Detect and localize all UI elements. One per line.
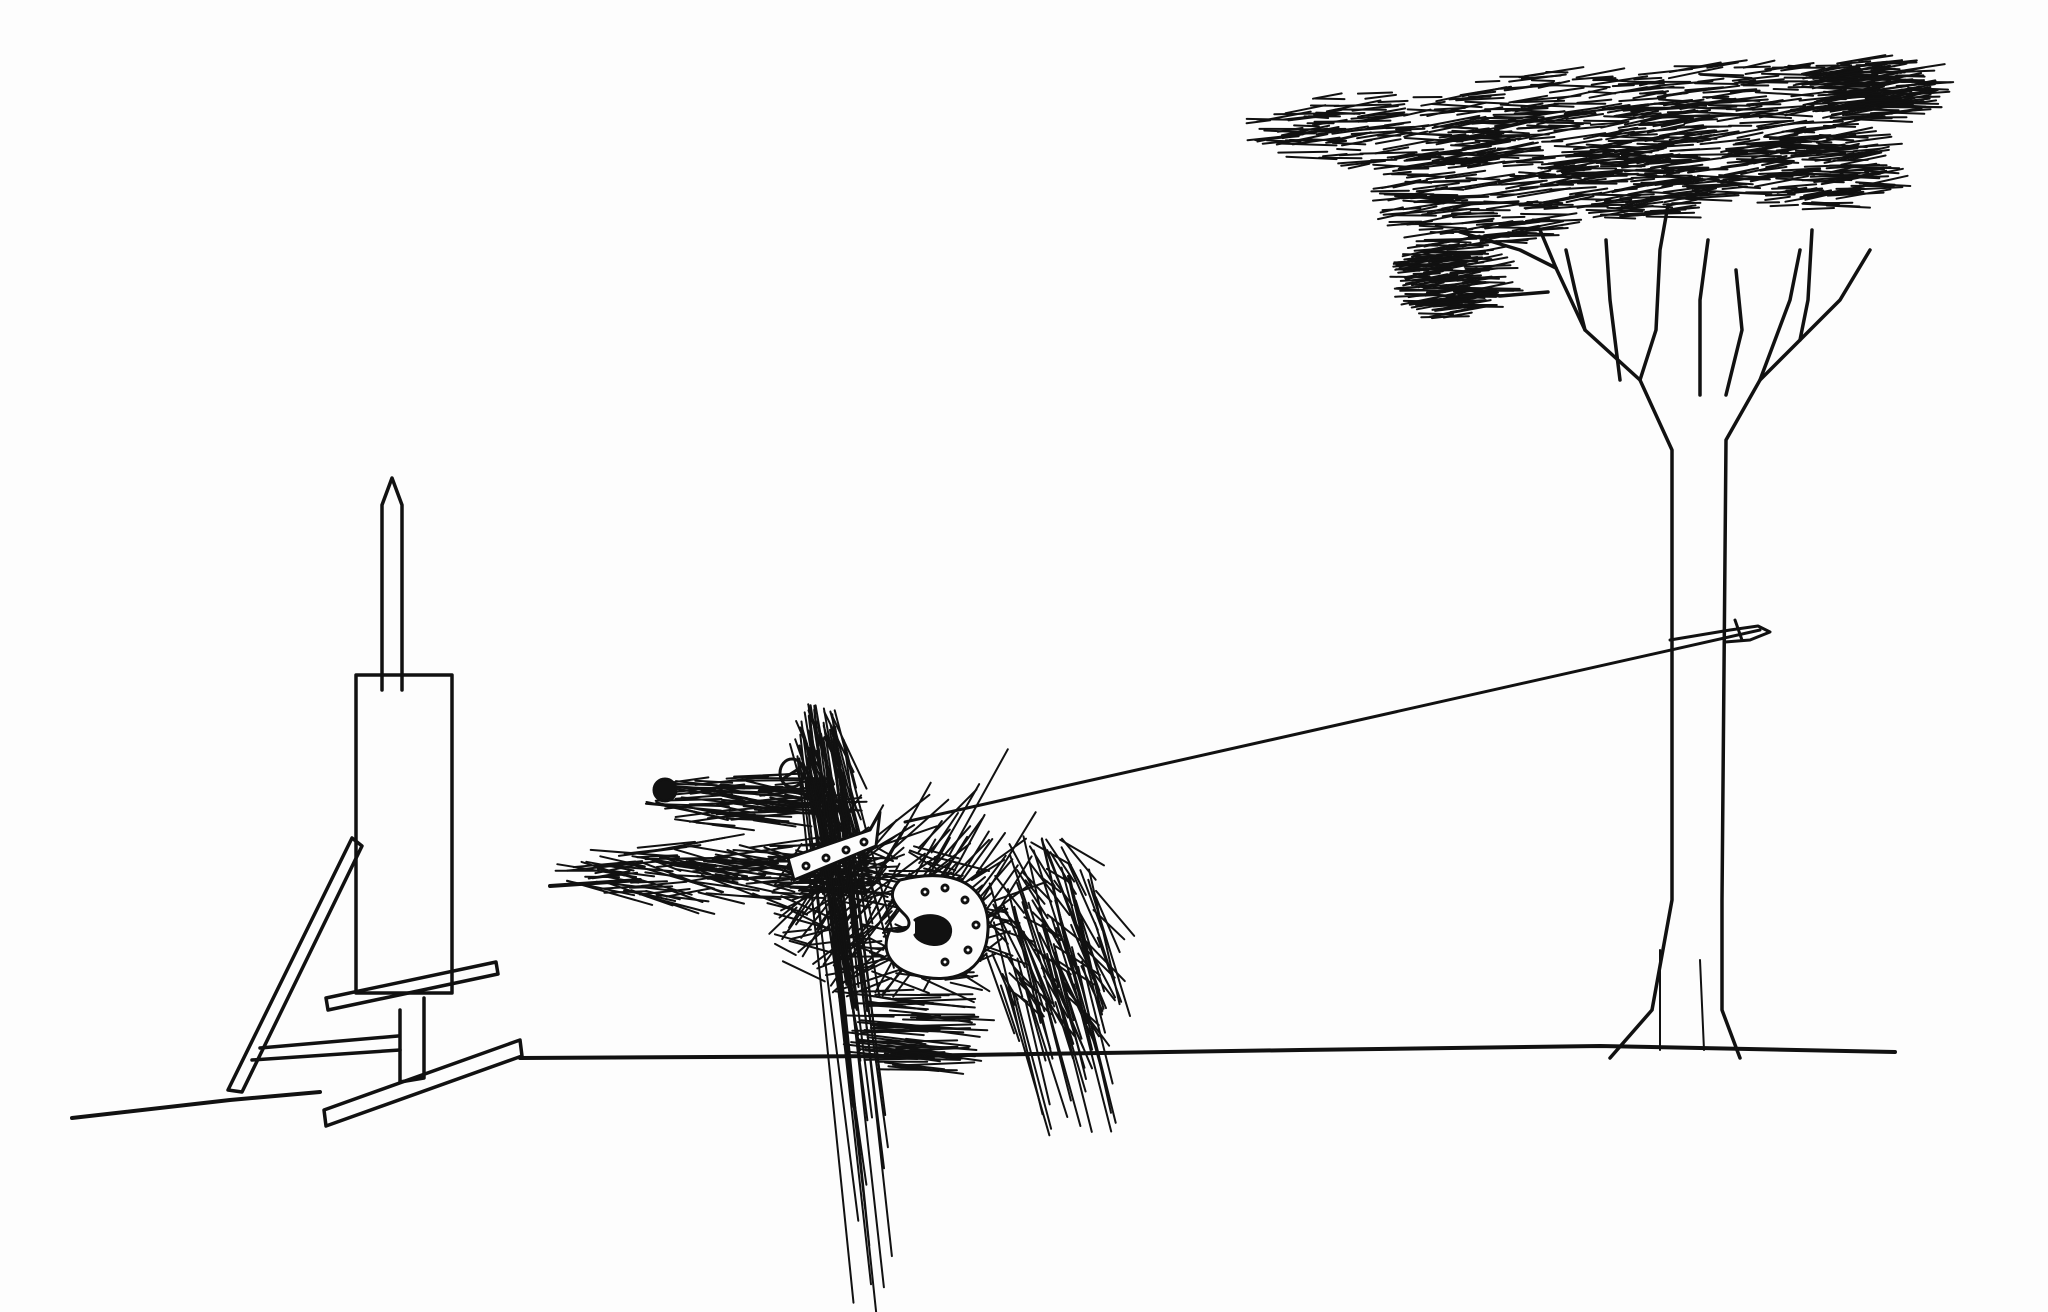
tree-foliage: [1247, 55, 1954, 318]
dog-fur: [556, 704, 1135, 1312]
illustration-canvas: [0, 0, 2048, 1312]
tree: [1247, 55, 1954, 1058]
ground-line: [72, 1046, 1895, 1118]
dog-paw: [915, 916, 951, 945]
blank-canvas: [356, 675, 452, 993]
leash: [905, 620, 1770, 822]
dog-nose: [654, 779, 676, 801]
easel: [228, 478, 522, 1126]
dog-painter: [550, 704, 1134, 1312]
illustration: [0, 0, 2048, 1312]
tree-trunk: [1452, 205, 1870, 1058]
